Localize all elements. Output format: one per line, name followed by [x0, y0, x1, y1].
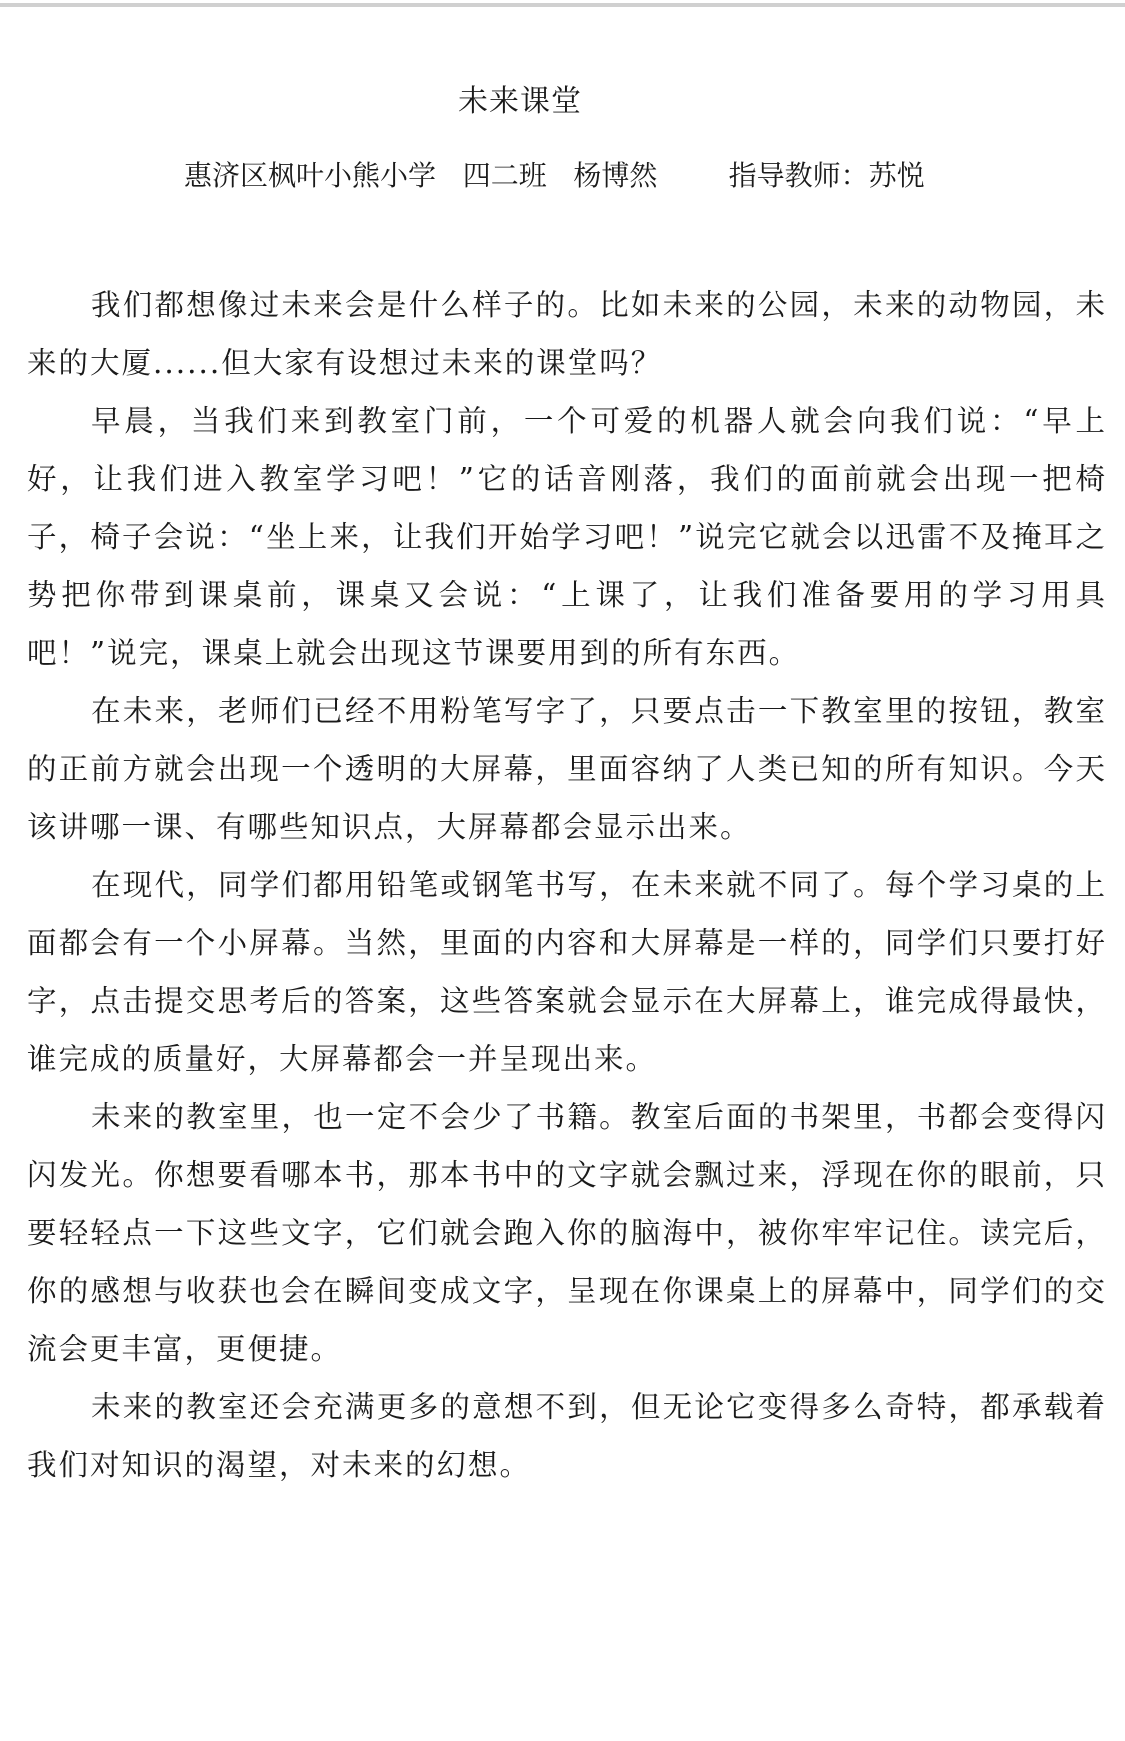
- top-scroll-bar: [0, 3, 1125, 7]
- paragraph-3: 在未来，老师们已经不用粉笔写字了，只要点击一下教室里的按钮，教室的正前方就会出现…: [27, 682, 1107, 856]
- paragraph-5: 未来的教室里，也一定不会少了书籍。教室后面的书架里，书都会变得闪闪发光。你想要看…: [27, 1088, 1107, 1378]
- paragraph-6: 未来的教室还会充满更多的意想不到，但无论它变得多么奇特，都承载着我们对知识的渴望…: [27, 1378, 1107, 1494]
- document-body: 我们都想像过未来会是什么样子的。比如未来的公园，未来的动物园，未来的大厦....…: [27, 276, 1107, 1494]
- document-title: 未来课堂: [0, 82, 1040, 122]
- paragraph-1: 我们都想像过未来会是什么样子的。比如未来的公园，未来的动物园，未来的大厦....…: [27, 276, 1107, 392]
- paragraph-4: 在现代，同学们都用铅笔或钢笔书写，在未来就不同了。每个学习桌的上面都会有一个小屏…: [27, 856, 1107, 1088]
- author-byline: 惠济区枫叶小熊小学 四二班 杨博然 指导教师：苏悦: [184, 156, 925, 196]
- paragraph-2: 早晨，当我们来到教室门前，一个可爱的机器人就会向我们说：“早上好，让我们进入教室…: [27, 392, 1107, 682]
